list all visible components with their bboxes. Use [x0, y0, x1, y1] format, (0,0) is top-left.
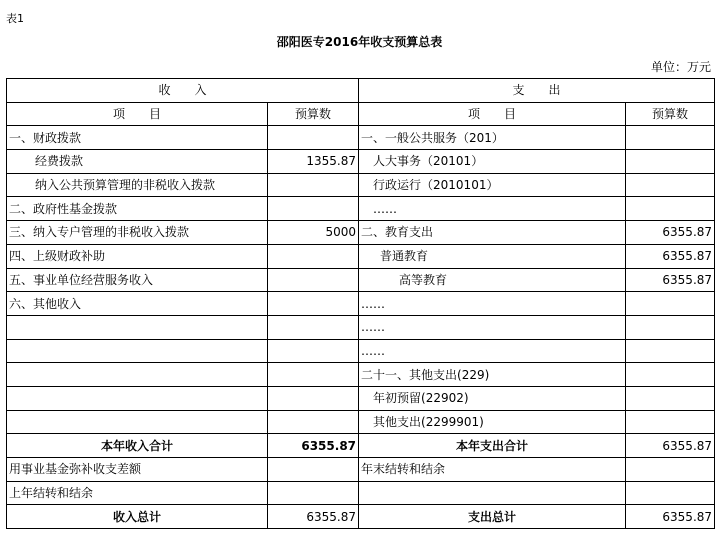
expense-value: 6355.87	[626, 268, 715, 292]
table-row: 经费拨款 1355.87 人大事务（20101）	[7, 150, 715, 174]
unit-label: 单位：万元	[651, 58, 711, 75]
income-item-header: 项 目	[7, 102, 268, 126]
expense-item: 高等教育	[359, 268, 626, 292]
column-header-row: 项 目 预算数 项 目 预算数	[7, 102, 715, 126]
income-item	[7, 315, 268, 339]
expense-section-header: 支 出	[359, 79, 715, 103]
table-row: 六、其他收入 ……	[7, 292, 715, 316]
table-row: 一、财政拨款 一、一般公共服务（201）	[7, 126, 715, 150]
total-row: 收入总计 6355.87 支出总计 6355.87	[7, 505, 715, 529]
expense-value	[626, 315, 715, 339]
income-value: 1355.87	[268, 150, 359, 174]
income-budget-header: 预算数	[268, 102, 359, 126]
income-value	[268, 315, 359, 339]
income-item: 上年结转和结余	[7, 481, 268, 505]
expense-item: ……	[359, 292, 626, 316]
expense-value: 6355.87	[626, 221, 715, 245]
income-item: 用事业基金弥补收支差额	[7, 458, 268, 482]
income-value	[268, 410, 359, 434]
section-header-row: 收 入 支 出	[7, 79, 715, 103]
income-subtotal-label: 本年收入合计	[7, 434, 268, 458]
expense-subtotal-value: 6355.87	[626, 434, 715, 458]
table-row: 四、上级财政补助 普通教育 6355.87	[7, 244, 715, 268]
table-row: 用事业基金弥补收支差额 年末结转和结余	[7, 458, 715, 482]
income-item: 一、财政拨款	[7, 126, 268, 150]
income-item	[7, 410, 268, 434]
table-row: 二十一、其他支出(229)	[7, 363, 715, 387]
income-value	[268, 363, 359, 387]
table-row: 三、纳入专户管理的非税收入拨款 5000 二、教育支出 6355.87	[7, 221, 715, 245]
expense-item: 行政运行（2010101）	[359, 173, 626, 197]
expense-item: ……	[359, 339, 626, 363]
expense-value: 6355.87	[626, 244, 715, 268]
budget-summary-table: 收 入 支 出 项 目 预算数 项 目 预算数 一、财政拨款 一、一般公共服务（…	[6, 78, 715, 529]
income-value	[268, 339, 359, 363]
income-value	[268, 458, 359, 482]
expense-total-label: 支出总计	[359, 505, 626, 529]
income-item: 纳入公共预算管理的非税收入拨款	[7, 173, 268, 197]
income-total-label: 收入总计	[7, 505, 268, 529]
income-item: 经费拨款	[7, 150, 268, 174]
income-value	[268, 481, 359, 505]
expense-item: 二十一、其他支出(229)	[359, 363, 626, 387]
table-row: 二、政府性基金拨款 ……	[7, 197, 715, 221]
expense-item: 一、一般公共服务（201）	[359, 126, 626, 150]
expense-item: 年末结转和结余	[359, 458, 626, 482]
expense-value	[626, 197, 715, 221]
income-value	[268, 173, 359, 197]
income-value	[268, 292, 359, 316]
expense-value	[626, 292, 715, 316]
income-value	[268, 126, 359, 150]
table-row: 五、事业单位经营服务收入 高等教育 6355.87	[7, 268, 715, 292]
table-number-label: 表1	[6, 10, 24, 26]
table-row: 其他支出(2299901)	[7, 410, 715, 434]
expense-value	[626, 410, 715, 434]
subtotal-row: 本年收入合计 6355.87 本年支出合计 6355.87	[7, 434, 715, 458]
income-value	[268, 268, 359, 292]
income-value: 5000	[268, 221, 359, 245]
expense-value	[626, 363, 715, 387]
income-item: 二、政府性基金拨款	[7, 197, 268, 221]
expense-value	[626, 458, 715, 482]
expense-item: 普通教育	[359, 244, 626, 268]
expense-total-value: 6355.87	[626, 505, 715, 529]
expense-value	[626, 126, 715, 150]
expense-item	[359, 481, 626, 505]
income-item	[7, 386, 268, 410]
expense-budget-header: 预算数	[626, 102, 715, 126]
expense-item: 人大事务（20101）	[359, 150, 626, 174]
income-value	[268, 244, 359, 268]
table-row: ……	[7, 315, 715, 339]
table-row: ……	[7, 339, 715, 363]
income-total-value: 6355.87	[268, 505, 359, 529]
income-item: 四、上级财政补助	[7, 244, 268, 268]
expense-item: ……	[359, 197, 626, 221]
expense-item: 其他支出(2299901)	[359, 410, 626, 434]
expense-item-header: 项 目	[359, 102, 626, 126]
expense-item: ……	[359, 315, 626, 339]
table-row: 纳入公共预算管理的非税收入拨款 行政运行（2010101）	[7, 173, 715, 197]
expense-value	[626, 386, 715, 410]
income-item: 五、事业单位经营服务收入	[7, 268, 268, 292]
table-row: 年初预留(22902)	[7, 386, 715, 410]
expense-subtotal-label: 本年支出合计	[359, 434, 626, 458]
income-item	[7, 363, 268, 387]
expense-item: 年初预留(22902)	[359, 386, 626, 410]
income-item: 三、纳入专户管理的非税收入拨款	[7, 221, 268, 245]
expense-value	[626, 339, 715, 363]
expense-value	[626, 150, 715, 174]
expense-value	[626, 173, 715, 197]
income-section-header: 收 入	[7, 79, 359, 103]
income-item: 六、其他收入	[7, 292, 268, 316]
expense-value	[626, 481, 715, 505]
document-title: 邵阳医专2016年收支预算总表	[0, 33, 719, 50]
income-item	[7, 339, 268, 363]
income-subtotal-value: 6355.87	[268, 434, 359, 458]
income-value	[268, 386, 359, 410]
table-row: 上年结转和结余	[7, 481, 715, 505]
expense-item: 二、教育支出	[359, 221, 626, 245]
income-value	[268, 197, 359, 221]
